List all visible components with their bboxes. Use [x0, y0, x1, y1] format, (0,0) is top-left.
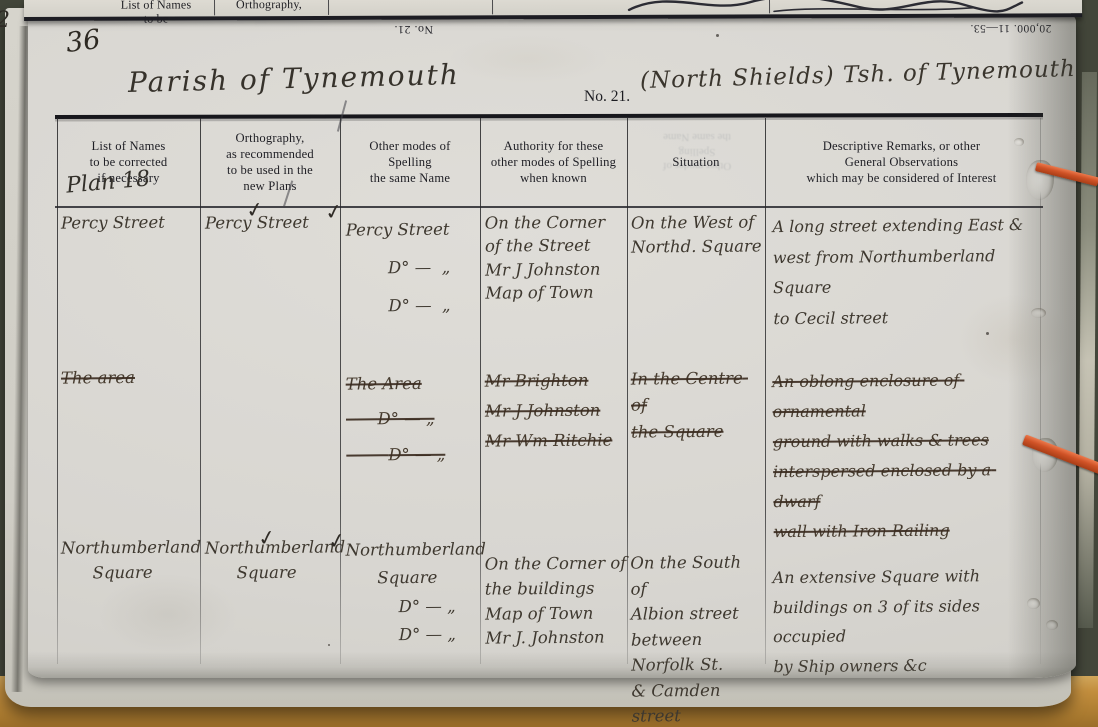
paper-dent — [1014, 138, 1024, 146]
show-through-ghost-text: Other modes of Spelling the same Name — [632, 130, 762, 173]
corner-page-mark: 2 — [0, 8, 10, 33]
cell-orthography — [205, 365, 337, 366]
paper-stain — [448, 34, 608, 84]
cell-other-modes: Percy Street D° — „ D° — „ — [346, 210, 481, 325]
header-other-modes: Other modes of Spelling the same Name — [340, 122, 480, 202]
print-code-imprint: 20,000. 11—53. — [970, 22, 1051, 34]
cell-situation: On the South of Albion street between No… — [630, 549, 764, 727]
header-remarks: Descriptive Remarks, or other General Ob… — [765, 122, 1038, 202]
cell-authority: Mr Brighton Mr J Johnston Mr Wm Ritchie — [485, 365, 628, 456]
paper-dent — [1046, 620, 1058, 630]
cell-authority: On the Corner of the Street Mr J Johnsto… — [485, 210, 628, 305]
header-bottom-rule — [55, 206, 1043, 208]
book-fore-edge — [1078, 72, 1097, 628]
table-top-rule — [55, 113, 1043, 119]
previous-page-column-line — [214, 0, 215, 15]
cell-name: Northumberland Square — [61, 535, 199, 586]
cell-authority: On the Corner of the buildings Map of To… — [485, 551, 628, 651]
header-authority: Authority for these other modes of Spell… — [480, 122, 627, 202]
check-mark: ✓ — [326, 528, 348, 555]
cell-situation: In the Centre of the Square — [631, 365, 764, 445]
paper-dent — [1031, 308, 1046, 318]
paper-stain — [98, 574, 238, 654]
cell-name: The area — [61, 365, 199, 391]
paper-dent — [1027, 598, 1040, 609]
plate-number-imprint: No. 21. — [394, 22, 433, 37]
cell-name: Percy Street — [61, 210, 199, 236]
cell-orthography: Percy Street — [205, 210, 337, 236]
handwritten-page-number: 36 — [64, 24, 102, 59]
previous-page-edge: List of Names to be Orthography, — [24, 0, 1082, 21]
cell-other-modes: Northumberland Square D° — „ D° — „ — [346, 535, 481, 650]
cell-situation: On the West of Northd. Square — [631, 210, 763, 259]
previous-page-col2-label: Orthography, — [236, 0, 302, 12]
previous-page-col1-label: List of Names to be — [96, 0, 216, 26]
cell-other-modes: The Area D° — „ D° — „ — [346, 365, 481, 473]
header-orthography: Orthography, as recommended to be used i… — [200, 122, 340, 202]
cell-remarks: An extensive Square with buildings on 3 … — [772, 561, 1037, 682]
previous-page-column-line — [492, 0, 493, 14]
ink-speck — [716, 34, 719, 37]
scanned-document-photo: 2 No. 21. 20,000. 11—53. 36 Parish of Ty… — [0, 0, 1098, 727]
ink-speck — [986, 332, 989, 335]
township-title: (North Shields) Tsh. of Tynemouth — [640, 56, 1076, 94]
sheet-number-label: No. 21. — [584, 88, 630, 106]
check-mark: ✓ — [256, 525, 278, 552]
ink-speck — [328, 644, 330, 646]
previous-page-column-line — [328, 0, 329, 15]
cell-remarks: A long street extending East & west from… — [772, 210, 1037, 335]
parish-title: Parish of Tynemouth — [128, 58, 461, 99]
handwriting-flourish — [624, 0, 1024, 15]
ledger-page: No. 21. 20,000. 11—53. 36 Parish of Tyne… — [28, 14, 1076, 678]
cell-remarks: An oblong enclosure of ornamental ground… — [772, 365, 1038, 548]
